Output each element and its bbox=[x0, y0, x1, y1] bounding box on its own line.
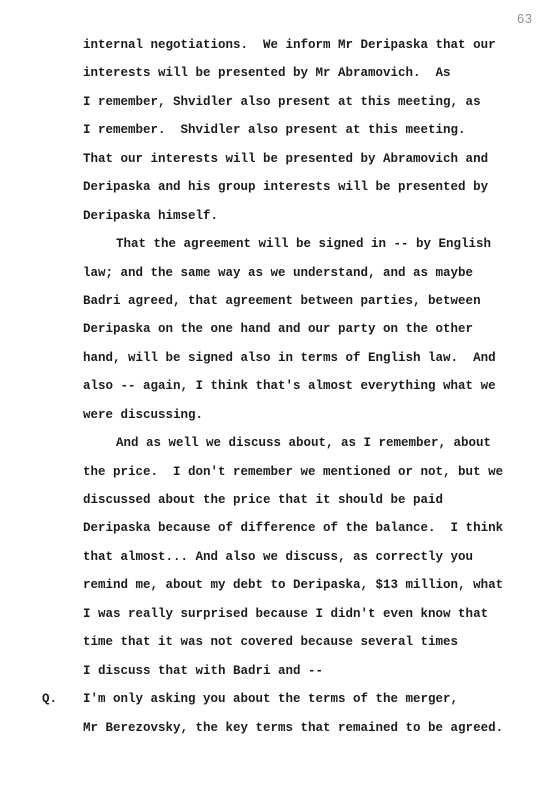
transcript-line: hand, will be signed also in terms of En… bbox=[83, 344, 545, 372]
line-text: also -- again, I think that's almost eve… bbox=[83, 379, 496, 393]
transcript-line: time that it was not covered because sev… bbox=[83, 628, 545, 656]
transcript-line: were discussing. bbox=[83, 401, 545, 429]
line-text: I remember, Shvidler also present at thi… bbox=[83, 95, 481, 109]
transcript-line: Q.I'm only asking you about the terms of… bbox=[83, 685, 545, 713]
transcript-line: Mr Berezovsky, the key terms that remain… bbox=[83, 714, 545, 742]
transcript-line: I discuss that with Badri and -- bbox=[83, 657, 545, 685]
line-text: Deripaska himself. bbox=[83, 209, 218, 223]
page-number: 63 bbox=[517, 12, 533, 26]
transcript-page: 63 internal negotiations. We inform Mr D… bbox=[0, 0, 558, 789]
transcript-line: discussed about the price that it should… bbox=[83, 486, 545, 514]
transcript-text-block: internal negotiations. We inform Mr Deri… bbox=[83, 31, 545, 742]
transcript-line: That the agreement will be signed in -- … bbox=[83, 230, 545, 258]
transcript-line: I was really surprised because I didn't … bbox=[83, 600, 545, 628]
transcript-line: Deripaska on the one hand and our party … bbox=[83, 315, 545, 343]
line-text: Deripaska and his group interests will b… bbox=[83, 180, 488, 194]
line-text: Deripaska because of difference of the b… bbox=[83, 521, 503, 535]
line-text: remind me, about my debt to Deripaska, $… bbox=[83, 578, 503, 592]
line-text: I was really surprised because I didn't … bbox=[83, 607, 488, 621]
line-text: I'm only asking you about the terms of t… bbox=[83, 692, 458, 706]
transcript-line: the price. I don't remember we mentioned… bbox=[83, 458, 545, 486]
transcript-line: Badri agreed, that agreement between par… bbox=[83, 287, 545, 315]
line-text: I discuss that with Badri and -- bbox=[83, 664, 323, 678]
line-text: law; and the same way as we understand, … bbox=[83, 266, 473, 280]
transcript-line: I remember. Shvidler also present at thi… bbox=[83, 116, 545, 144]
line-text: And as well we discuss about, as I remem… bbox=[116, 436, 491, 450]
line-text: were discussing. bbox=[83, 408, 203, 422]
transcript-line: Deripaska because of difference of the b… bbox=[83, 514, 545, 542]
line-text: Deripaska on the one hand and our party … bbox=[83, 322, 473, 336]
transcript-line: law; and the same way as we understand, … bbox=[83, 259, 545, 287]
line-text: the price. I don't remember we mentioned… bbox=[83, 465, 503, 479]
transcript-line: Deripaska and his group interests will b… bbox=[83, 173, 545, 201]
transcript-line: also -- again, I think that's almost eve… bbox=[83, 372, 545, 400]
line-text: That our interests will be presented by … bbox=[83, 152, 488, 166]
line-text: That the agreement will be signed in -- … bbox=[116, 237, 491, 251]
transcript-line: interests will be presented by Mr Abramo… bbox=[83, 59, 545, 87]
line-text: Mr Berezovsky, the key terms that remain… bbox=[83, 721, 503, 735]
transcript-line: remind me, about my debt to Deripaska, $… bbox=[83, 571, 545, 599]
transcript-line: I remember, Shvidler also present at thi… bbox=[83, 88, 545, 116]
line-text: interests will be presented by Mr Abramo… bbox=[83, 66, 451, 80]
line-text: time that it was not covered because sev… bbox=[83, 635, 458, 649]
transcript-line: That our interests will be presented by … bbox=[83, 145, 545, 173]
line-text: Badri agreed, that agreement between par… bbox=[83, 294, 481, 308]
line-text: internal negotiations. We inform Mr Deri… bbox=[83, 38, 496, 52]
transcript-line: And as well we discuss about, as I remem… bbox=[83, 429, 545, 457]
line-text: I remember. Shvidler also present at thi… bbox=[83, 123, 466, 137]
speaker-label: Q. bbox=[42, 685, 57, 713]
line-text: hand, will be signed also in terms of En… bbox=[83, 351, 496, 365]
transcript-line: Deripaska himself. bbox=[83, 202, 545, 230]
line-text: that almost... And also we discuss, as c… bbox=[83, 550, 473, 564]
transcript-line: that almost... And also we discuss, as c… bbox=[83, 543, 545, 571]
transcript-line: internal negotiations. We inform Mr Deri… bbox=[83, 31, 545, 59]
line-text: discussed about the price that it should… bbox=[83, 493, 443, 507]
